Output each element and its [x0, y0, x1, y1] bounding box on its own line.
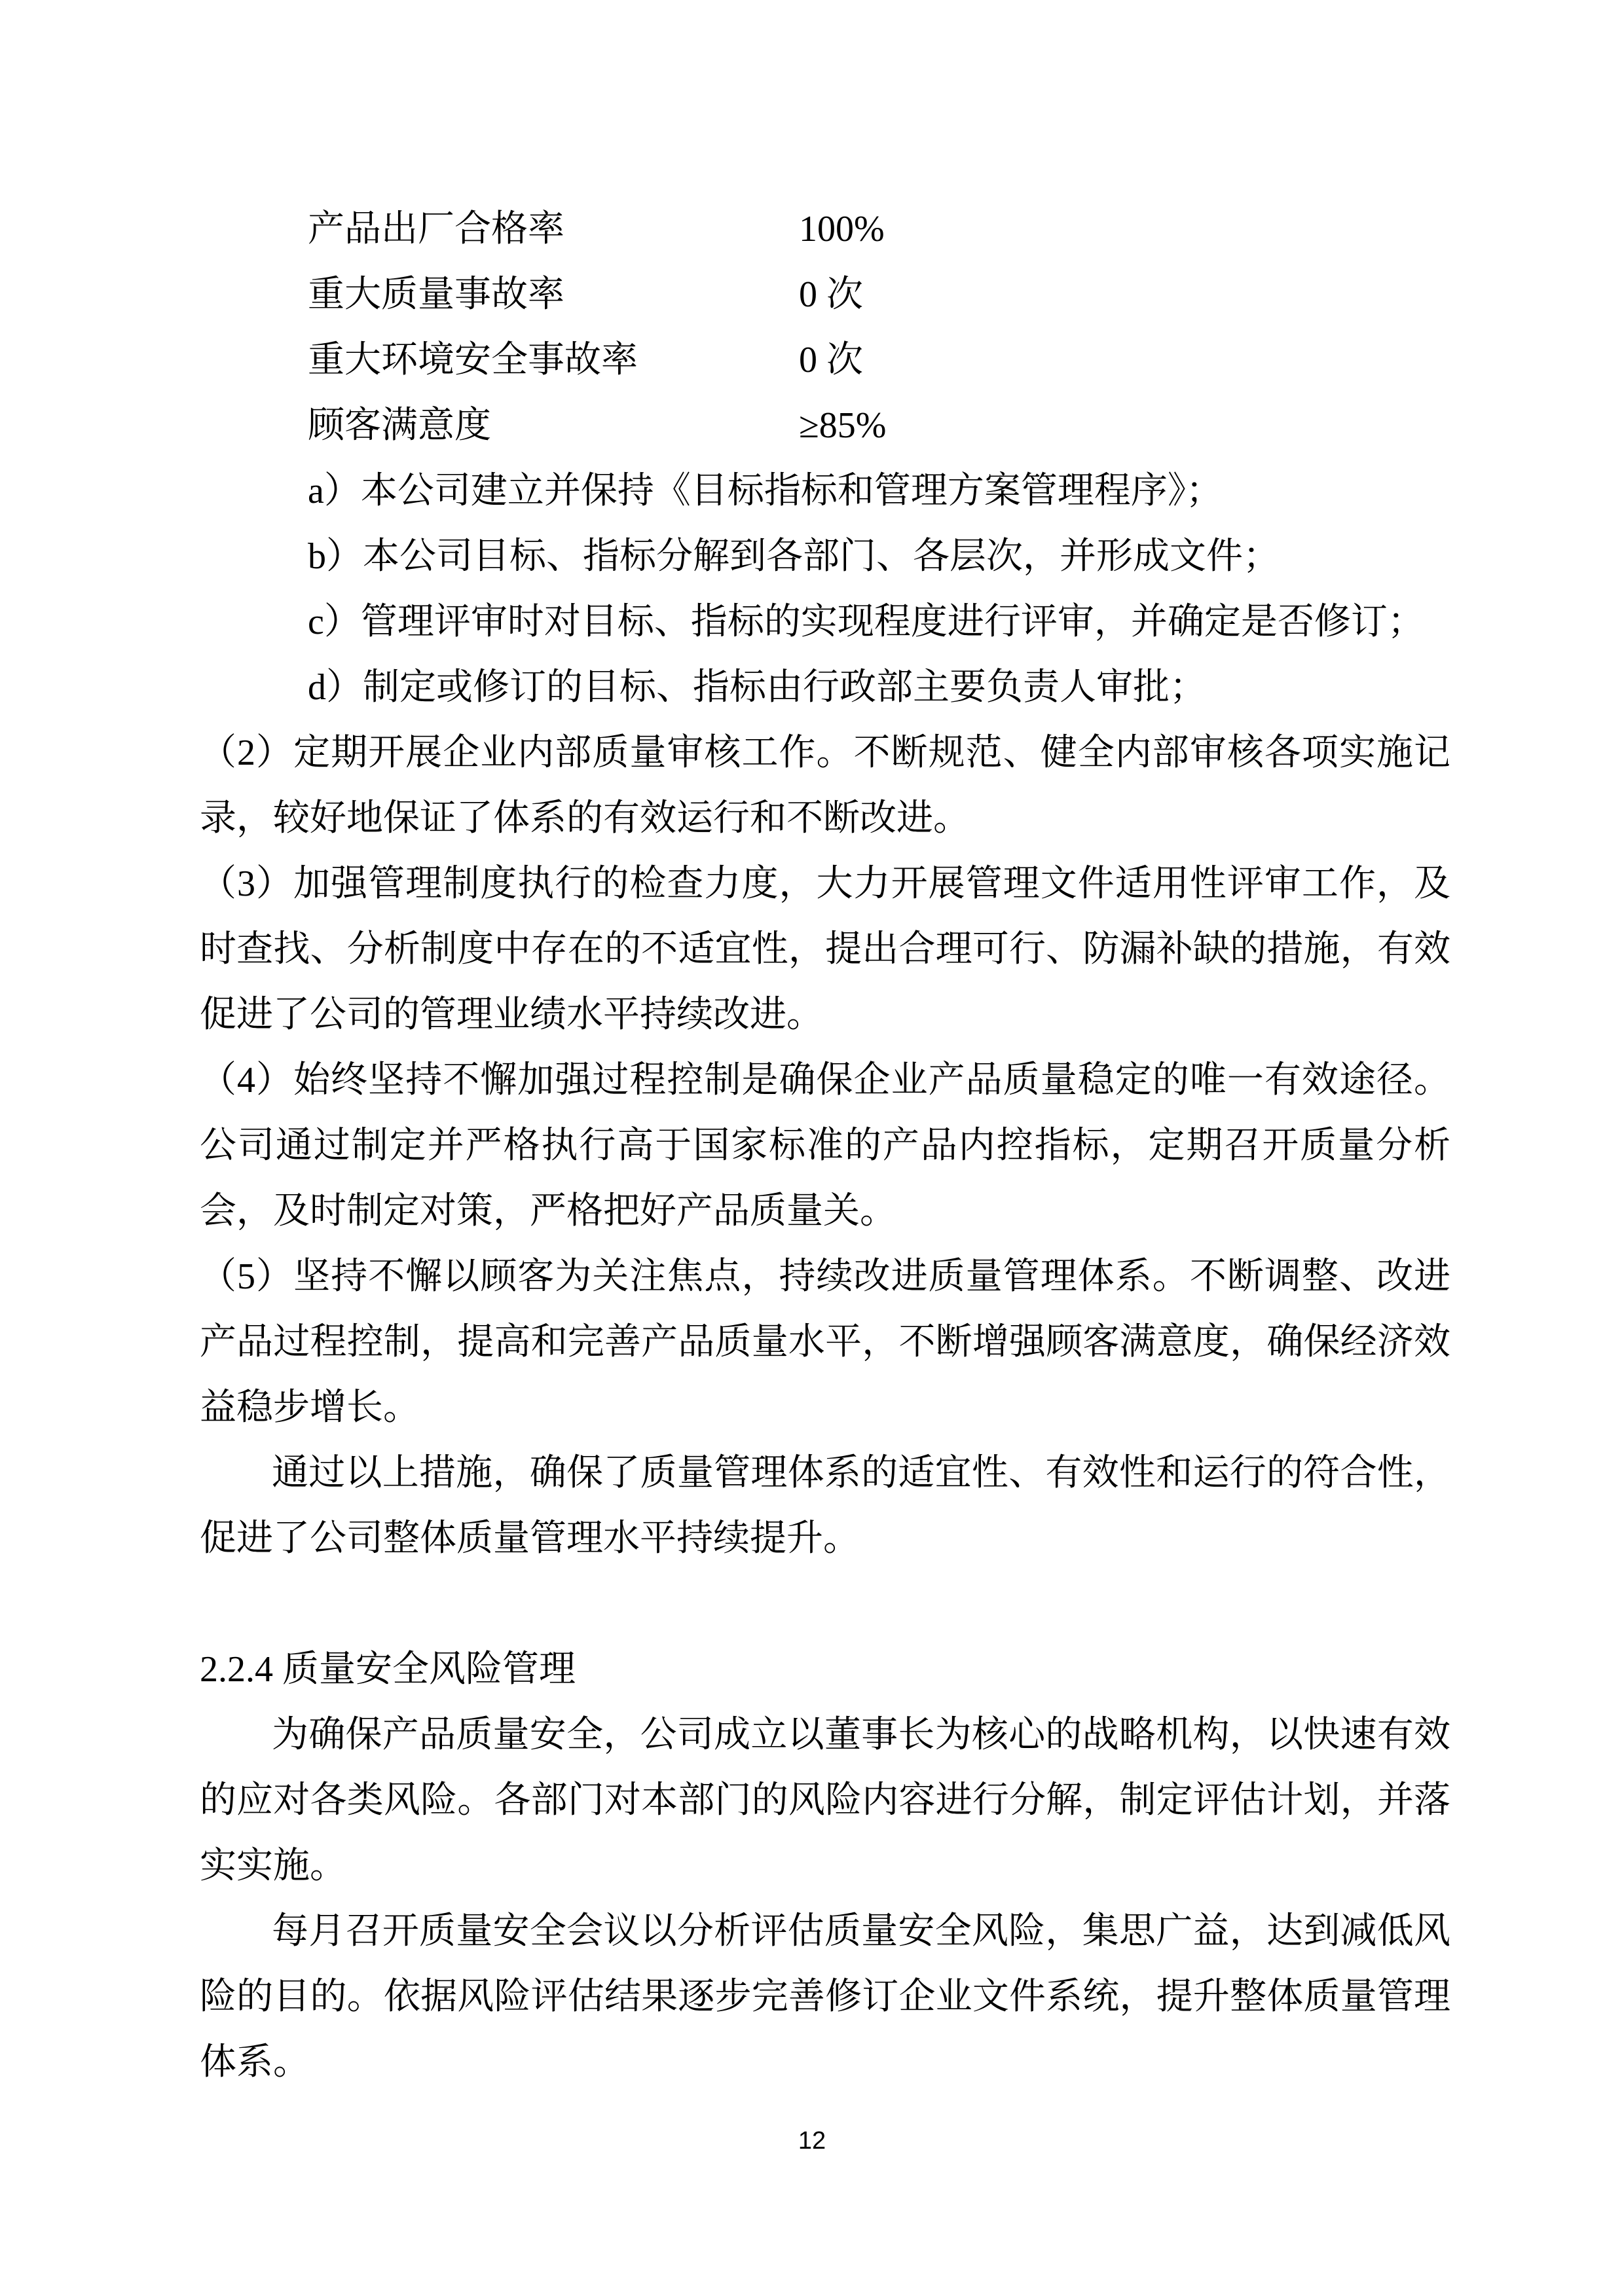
list-item-b: b）本公司目标、指标分解到各部门、各层次，并形成文件； — [200, 524, 1450, 589]
paragraph-3: （3）加强管理制度执行的检查力度，大力开展管理文件适用性评审工作，及时查找、分析… — [200, 851, 1450, 1048]
metric-value: 0 次 — [799, 327, 863, 393]
section-paragraph-2: 每月召开质量安全会议以分析评估质量安全风险，集思广益，达到减低风险的目的。依据风… — [200, 1899, 1450, 2095]
metric-value: 100% — [799, 196, 885, 262]
paragraph-2: （2）定期开展企业内部质量审核工作。不断规范、健全内部审核各项实施记录，较好地保… — [200, 720, 1450, 851]
metric-row: 顾客满意度 ≥85% — [200, 393, 1450, 458]
metric-value: 0 次 — [799, 262, 863, 327]
metric-label: 重大环境安全事故率 — [308, 327, 799, 393]
metric-row: 重大质量事故率 0 次 — [200, 262, 1450, 327]
list-item-c: c）管理评审时对目标、指标的实现程度进行评审，并确定是否修订； — [200, 589, 1450, 655]
page-number: 12 — [0, 2126, 1624, 2156]
page-content: 产品出厂合格率 100% 重大质量事故率 0 次 重大环境安全事故率 0 次 顾… — [200, 196, 1450, 2095]
metric-value: ≥85% — [799, 393, 886, 458]
metric-label: 重大质量事故率 — [308, 262, 799, 327]
metric-label: 顾客满意度 — [308, 393, 799, 458]
quality-objectives-list: 产品出厂合格率 100% 重大质量事故率 0 次 重大环境安全事故率 0 次 顾… — [200, 196, 1450, 458]
paragraph-4: （4）始终坚持不懈加强过程控制是确保企业产品质量稳定的唯一有效途径。公司通过制定… — [200, 1048, 1450, 1244]
section-paragraph-1: 为确保产品质量安全，公司成立以董事长为核心的战略机构，以快速有效的应对各类风险。… — [200, 1702, 1450, 1899]
document-page: 产品出厂合格率 100% 重大质量事故率 0 次 重大环境安全事故率 0 次 顾… — [0, 0, 1624, 2296]
lettered-list: a）本公司建立并保持《目标指标和管理方案管理程序》； b）本公司目标、指标分解到… — [200, 458, 1450, 720]
section-heading: 2.2.4 质量安全风险管理 — [200, 1637, 1450, 1702]
metric-label: 产品出厂合格率 — [308, 196, 799, 262]
list-item-d: d）制定或修订的目标、指标由行政部主要负责人审批； — [200, 655, 1450, 720]
metric-row: 产品出厂合格率 100% — [200, 196, 1450, 262]
paragraph-5: （5）坚持不懈以顾客为关注焦点，持续改进质量管理体系。不断调整、改进产品过程控制… — [200, 1244, 1450, 1440]
list-item-a: a）本公司建立并保持《目标指标和管理方案管理程序》； — [200, 458, 1450, 524]
metric-row: 重大环境安全事故率 0 次 — [200, 327, 1450, 393]
closing-paragraph: 通过以上措施，确保了质量管理体系的适宜性、有效性和运行的符合性，促进了公司整体质… — [200, 1440, 1450, 1571]
